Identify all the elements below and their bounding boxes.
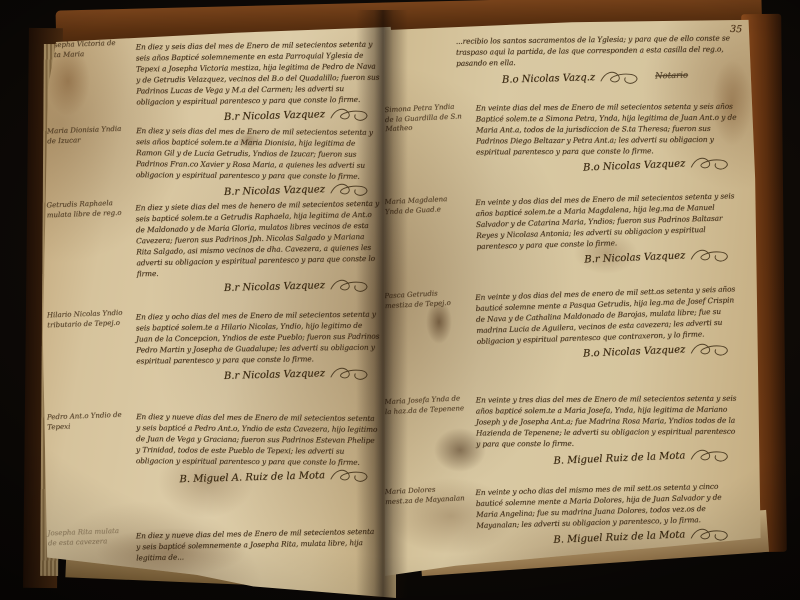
right-entry-1: Simona Petra Yndia de la Guardilla de S.…	[386, 99, 767, 178]
entry-text: En diez y nueve dias del mes de Enero de…	[136, 526, 381, 564]
entry-text: En diez y nueve dias del mes de Enero de…	[136, 411, 380, 468]
right-entry-3: Pasca Getrudis mestiza de Tepej.o En vei…	[386, 285, 767, 364]
signature-row: B. Miguel Ruiz de la Mota	[476, 445, 740, 473]
left-entry-6: Josepha Rita mulata de esta cavezera En …	[48, 528, 396, 561]
signature-row: B. Miguel A. Ruiz de la Mota	[136, 466, 380, 490]
signature: B.r Nicolas Vazquez	[224, 280, 325, 294]
left-entry-4: Hilario Nicolas Yndio tributario de Tepe…	[48, 310, 396, 384]
signature: B.r Nicolas Vazquez	[224, 109, 325, 123]
right-page: 35 ...recibio los santos sacramentos de …	[378, 8, 766, 576]
signature: B.o Nicolas Vazquez	[583, 344, 686, 359]
signature-rubric-icon	[688, 524, 733, 543]
entry-text: En diez y siete dias del mes de henero d…	[135, 198, 380, 280]
left-entry-5: Pedro Ant.o Yndio de Tepexi En diez y nu…	[48, 412, 396, 486]
signature: B.o Nicolas Vazquez	[583, 158, 686, 173]
signature-rubric-icon	[688, 339, 733, 358]
signature: B.r Nicolas Vazquez	[224, 184, 325, 198]
entry-text: En diez y seis dias del mes de Enero de …	[136, 125, 380, 182]
signature: B.r Nicolas Vazquez	[584, 250, 685, 265]
margin-note: Josepha Victoria de S.ta Maria	[47, 39, 128, 127]
entry-text: En veinte y dos dias del mes de enero de…	[475, 283, 741, 347]
manuscript-photo: Josepha Victoria de S.ta Maria En diez y…	[0, 0, 800, 600]
entry-text: En diez y seis dias del mes de Enero de …	[136, 39, 381, 108]
left-entry-3: Getrudis Raphaela mulata libre de reg.o …	[48, 200, 396, 296]
book-gutter-shadow	[356, 10, 408, 598]
signature: B. Miguel Ruiz de la Mota	[553, 529, 685, 546]
margin-note: Getrudis Raphaela mulata libre de reg.o	[46, 199, 127, 298]
entry-text: En diez y ocho dias del mes de Enero de …	[136, 309, 381, 367]
entry-text: En veinte y ocho dias del mismo mes de m…	[475, 480, 740, 531]
signature: B. Miguel A. Ruiz de la Mota	[179, 470, 325, 485]
signature-row: B.r Nicolas Vazquez	[136, 364, 380, 388]
signature-rubric-icon	[688, 445, 733, 464]
entry-text: En veinte y tres dias del mes de Enero d…	[476, 393, 740, 450]
signature-row: B.o Nicolas Vazquez	[476, 153, 740, 181]
signature-rubric-icon	[598, 68, 642, 86]
signature-row: B.r Nicolas Vazquez	[136, 276, 380, 300]
right-entry-2: Maria Magdalena Ynda de Guad.e En veinte…	[386, 191, 767, 270]
margin-note: Hilario Nicolas Yndio tributario de Tepe…	[47, 309, 128, 386]
signature: B.o Nicolas Vazq.z	[502, 72, 595, 86]
left-entry-1: Josepha Victoria de S.ta Maria En diez y…	[48, 40, 396, 125]
margin-note: Pedro Ant.o Yndio de Tepexi	[47, 411, 128, 488]
signature: B. Miguel Ruiz de la Mota	[553, 450, 685, 467]
signature: B.r Nicolas Vazquez	[224, 368, 325, 382]
signature-rubric-icon	[688, 153, 733, 172]
continuation-entry: ...recibio los santos sacramentos de la …	[456, 34, 742, 86]
signature-rubric-icon	[688, 245, 733, 264]
left-entry-2: Maria Dionisia Yndia de Izucar En diez y…	[48, 126, 396, 200]
margin-note: Josepha Rita mulata de esta cavezera	[47, 527, 126, 563]
margin-note: Maria Dionisia Yndia de Izucar	[47, 125, 128, 202]
crossed-out-note: Notario	[655, 70, 688, 81]
right-entry-5: Maria Dolores mest.za de Mayanalan En ve…	[386, 481, 767, 549]
right-entry-4: Maria Josefa Ynda de la haz.da de Tepene…	[386, 391, 767, 470]
entry-text: En veinte y dos dias del mes de Enero de…	[475, 190, 740, 252]
entry-text: ...recibio los santos sacramentos de la …	[456, 32, 742, 68]
entry-text: En veinte dias del mes de Enero de mil s…	[476, 101, 740, 158]
signature-row: B.o Nicolas Vazq.z Notario	[456, 65, 742, 90]
left-page: Josepha Victoria de S.ta Maria En diez y…	[40, 20, 396, 598]
